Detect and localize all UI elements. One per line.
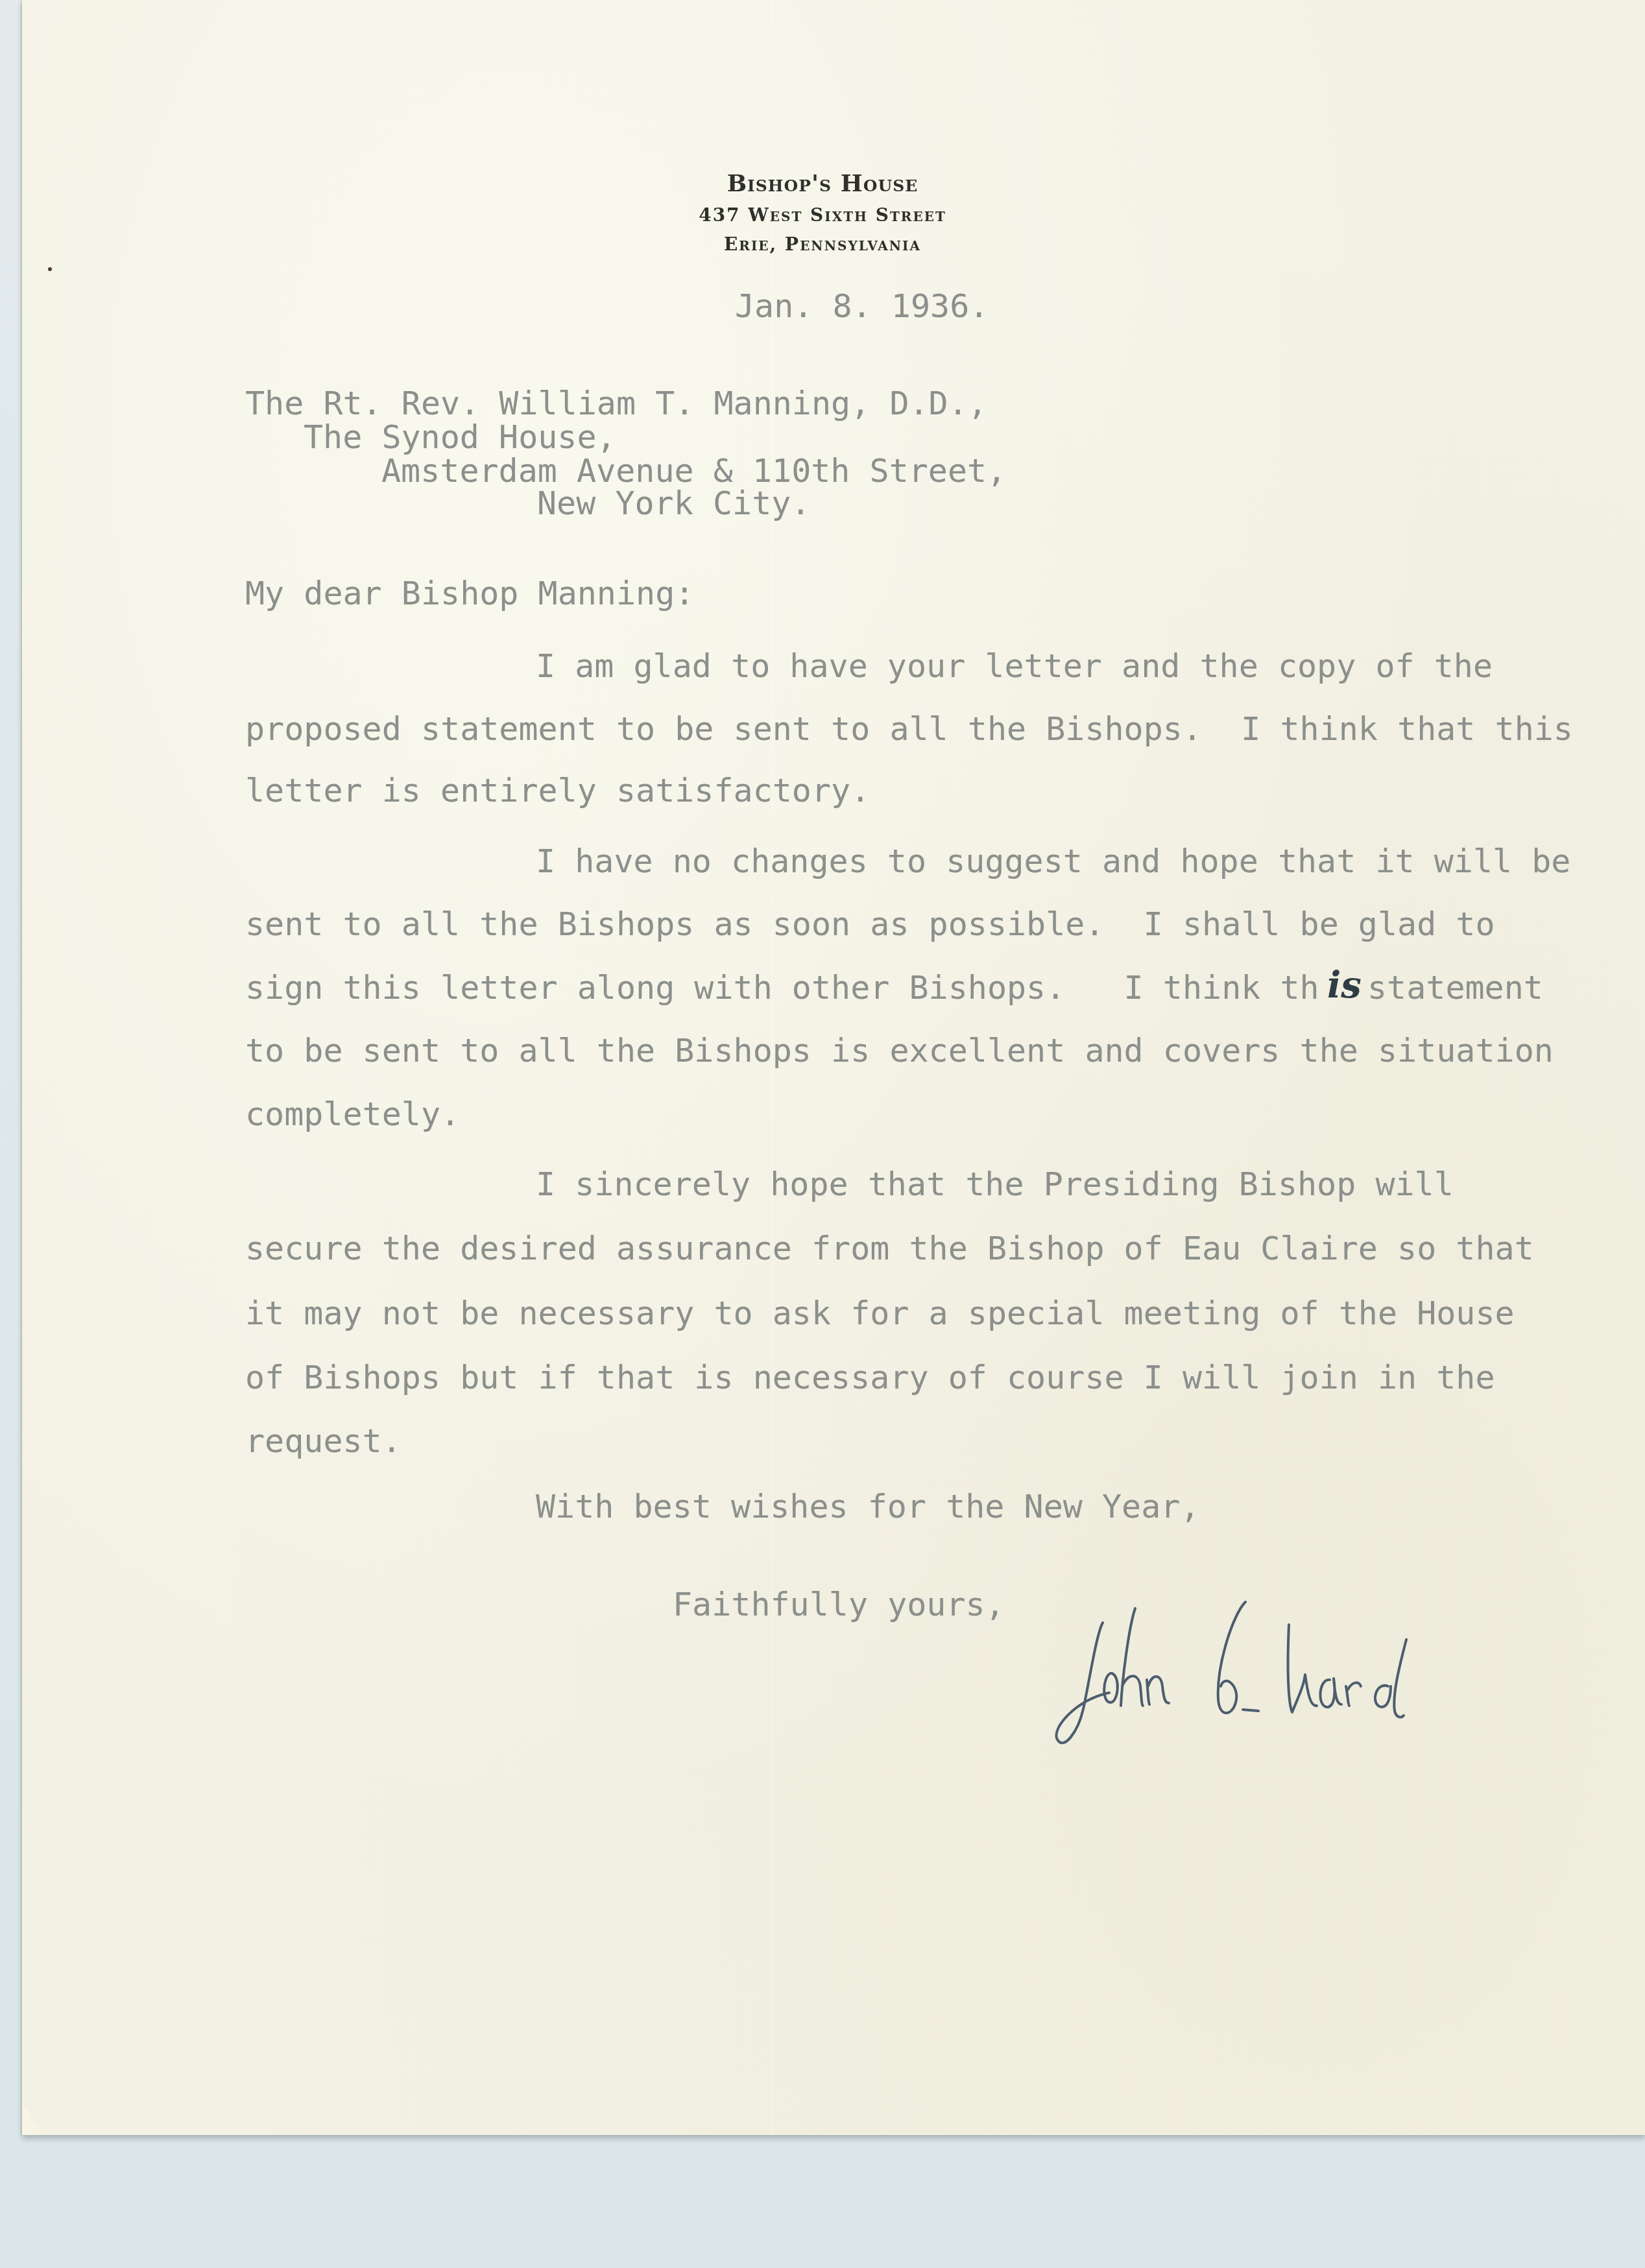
body-p3-line-2: secure the desired assurance from the Bi…	[245, 1232, 1534, 1265]
letter-date: Jan. 8. 1936.	[735, 290, 989, 322]
body-p3-line-5: request.	[245, 1425, 402, 1457]
paper-corner-curl	[22, 2101, 42, 2135]
letterhead-name: Bishop's House	[0, 170, 1645, 197]
handwritten-correction: is	[1327, 964, 1362, 1007]
salutation: My dear Bishop Manning:	[245, 577, 694, 610]
body-p2-line-3-cont: statement	[1367, 972, 1543, 1004]
body-p2-line-1: I have no changes to suggest and hope th…	[536, 845, 1570, 877]
body-p3-line-1: I sincerely hope that the Presiding Bish…	[536, 1168, 1454, 1200]
body-p1-line-1: I am glad to have your letter and the co…	[536, 650, 1493, 682]
letterhead-city: Erie, Pennsylvania	[0, 233, 1645, 255]
recipient-line-1: The Rt. Rev. William T. Manning, D.D.,	[245, 387, 987, 420]
recipient-line-4: New York City.	[537, 487, 810, 519]
valediction: Faithfully yours,	[673, 1588, 1005, 1621]
body-p2-line-2: sent to all the Bishops as soon as possi…	[245, 908, 1495, 940]
body-p2-line-4: to be sent to all the Bishops is excelle…	[245, 1034, 1554, 1067]
recipient-line-3: Amsterdam Avenue & 110th Street,	[381, 455, 1006, 487]
body-p3-line-4: of Bishops but if that is necessary of c…	[245, 1361, 1495, 1394]
signature	[1051, 1595, 1453, 1764]
recipient-line-2: The Synod House,	[304, 421, 616, 453]
body-p3-line-3: it may not be necessary to ask for a spe…	[245, 1297, 1515, 1330]
closing-line: With best wishes for the New Year,	[536, 1490, 1200, 1523]
body-p1-line-3: letter is entirely satisfactory.	[245, 774, 870, 807]
ink-speck	[48, 267, 52, 271]
body-p1-line-2: proposed statement to be sent to all the…	[245, 713, 1573, 745]
body-p2-line-5: completely.	[245, 1098, 460, 1130]
letterhead-street: 437 West Sixth Street	[0, 204, 1645, 226]
body-p2-line-3: sign this letter along with other Bishop…	[245, 972, 1319, 1004]
